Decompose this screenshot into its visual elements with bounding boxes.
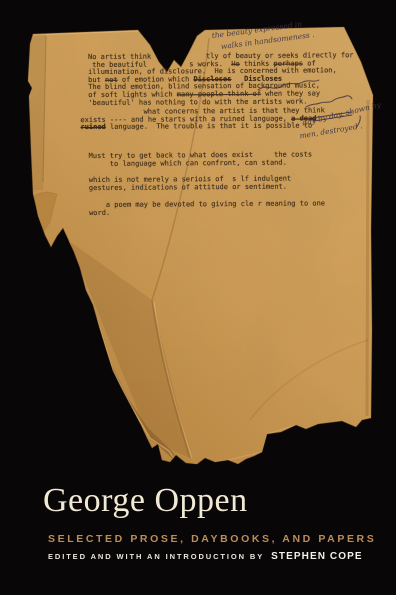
editor-name: STEPHEN COPE — [271, 551, 363, 562]
book-title: George Oppen — [43, 482, 248, 520]
typed-block: a poem may be devoted to giving cle r me… — [89, 200, 325, 217]
typed-block: which is not merely a seriois of s lf in… — [89, 176, 291, 193]
credit-line: EDITED AND WITH AN INTRODUCTION BY STEPH… — [48, 551, 363, 562]
book-subtitle: SELECTED PROSE, DAYBOOKS, AND PAPERS — [48, 533, 376, 545]
typed-line: ruined language. The trouble is that it … — [80, 123, 324, 132]
book-cover: No artist think tly of beauty or seeks d… — [0, 0, 396, 595]
typed-line: gestures, indications of attitude or sen… — [89, 183, 291, 192]
typed-block: No artist think tly of beauty or seeks d… — [88, 52, 354, 107]
typed-line: to language which can confront, can stan… — [89, 159, 312, 168]
typed-block: what concerns the artist is that they th… — [80, 107, 325, 131]
typed-line: a poem may be devoted to giving cle r me… — [89, 200, 325, 209]
typed-block: Must try to get back to what does exist … — [89, 151, 312, 168]
credit-prefix: EDITED AND WITH AN INTRODUCTION BY — [48, 552, 264, 561]
